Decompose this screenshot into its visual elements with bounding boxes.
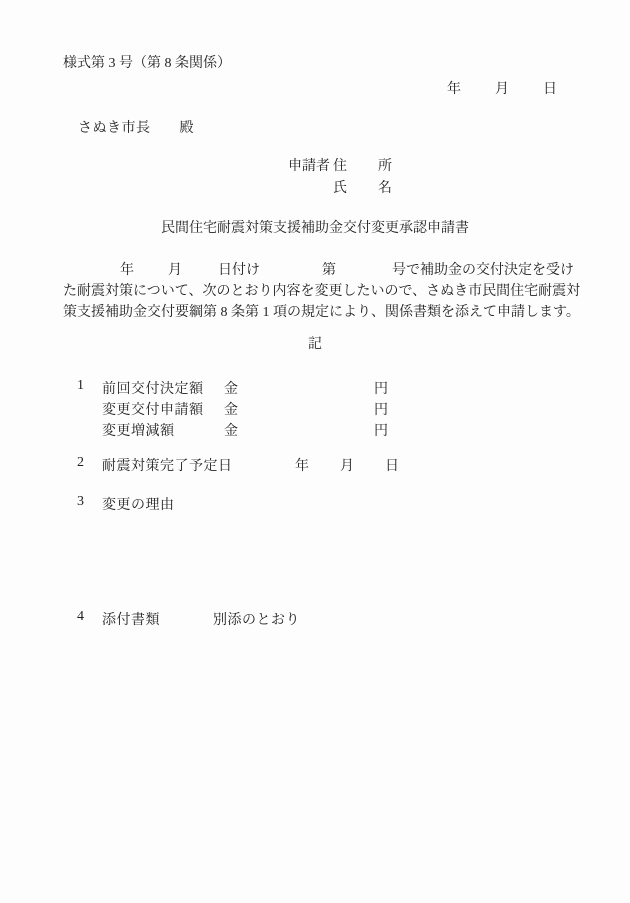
intro-day-blank: 日付け <box>218 262 260 279</box>
intro-number-suffix: 号で補助金の交付決定を受け <box>392 262 574 279</box>
addressee: さぬき市長 殿 <box>78 120 194 137</box>
intro-line-2: た耐震対策について、次のとおり内容を変更したいので、さぬき市民間住宅耐震対 <box>63 283 573 300</box>
item3-label: 変更の理由 <box>102 494 175 514</box>
document-title: 民間住宅耐震対策支援補助金交付変更承認申請書 <box>0 220 630 237</box>
applicant-label: 申請者 <box>288 158 330 175</box>
item1-row2-currency-prefix: 金 <box>224 399 238 419</box>
item1-row3-label: 変更増減額 <box>102 420 175 440</box>
intro-number-prefix: 第 <box>322 262 336 279</box>
item1-row-changed-amount: 変更交付申請額 金 円 <box>0 399 630 416</box>
item1-number: 1 <box>77 378 84 394</box>
form-number: 様式第 3 号（第 8 条関係） <box>63 55 231 72</box>
item2-label: 耐震対策完了予定日 <box>102 455 233 475</box>
item1-row3-unit: 円 <box>374 420 388 440</box>
item4-number: 4 <box>77 609 84 625</box>
item4-row-attachments: 4 添付書類 別添のとおり <box>0 609 630 626</box>
intro-line-3: 策支援補助金交付要綱第 8 条第 1 項の規定により、関係書類を添えて申請します… <box>63 304 573 321</box>
date-blank-field: 年 月 日 <box>447 81 559 98</box>
item4-label: 添付書類 <box>102 609 160 629</box>
item1-row2-unit: 円 <box>374 399 388 419</box>
item4-value: 別添のとおり <box>213 609 300 629</box>
intro-month-blank: 月 <box>168 262 182 279</box>
intro-line-1: 年 月 日付け 第 号で補助金の交付決定を受け <box>63 262 567 279</box>
item1-row1-unit: 円 <box>374 378 388 398</box>
item2-row-completion-date: 2 耐震対策完了予定日 年 月 日 <box>0 455 630 472</box>
item1-row2-label: 変更交付申請額 <box>102 399 204 419</box>
record-marker: 記 <box>0 336 630 353</box>
intro-year-blank: 年 <box>120 262 134 279</box>
item3-number: 3 <box>77 494 84 510</box>
applicant-name-label: 氏 名 <box>333 180 393 197</box>
item1-row-difference-amount: 変更増減額 金 円 <box>0 420 630 437</box>
item1-row-previous-amount: 1 前回交付決定額 金 円 <box>0 378 630 395</box>
applicant-address-label: 住 所 <box>333 158 393 175</box>
item1-row3-currency-prefix: 金 <box>224 420 238 440</box>
item2-number: 2 <box>77 455 84 471</box>
item2-date-blank-field: 年 月 日 <box>295 455 400 475</box>
item1-row1-currency-prefix: 金 <box>224 378 238 398</box>
item3-row-change-reason: 3 変更の理由 <box>0 494 630 511</box>
document-page: 様式第 3 号（第 8 条関係） 年 月 日 さぬき市長 殿 申請者 住 所 氏… <box>0 0 630 903</box>
item1-row1-label: 前回交付決定額 <box>102 378 204 398</box>
